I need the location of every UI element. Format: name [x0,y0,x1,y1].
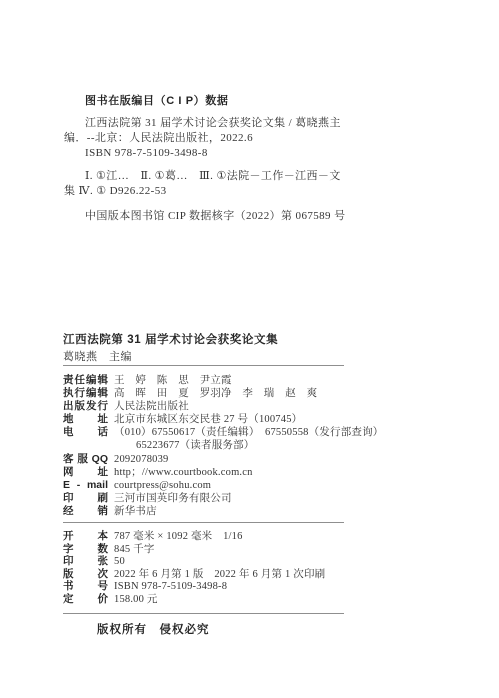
colophon-label: 定 价 [63,593,108,606]
colophon-row-edition: 版 次 2022 年 6 月第 1 版 2022 年 6 月第 1 次印刷 [63,568,325,581]
colophon-value: 158.00 元 [114,594,158,607]
colophon-row-printer: 印 刷 三河市国英印务有限公司 [63,492,384,505]
colophon-value: 北京市东城区东交民巷 27 号（100745） [114,413,302,426]
colophon-row-word-count: 字 数 845 千字 [63,543,325,556]
colophon-label: 地 址 [63,413,108,426]
colophon-row-email: E - mail courtpress@sohu.com [63,479,384,492]
colophon-row-address: 地 址 北京市东城区东交民巷 27 号（100745） [63,413,384,426]
colophon-value: courtpress@sohu.com [114,479,211,492]
colophon-label: 客 服 QQ [63,453,108,466]
colophon-row-sheets: 印 张 50 [63,555,325,568]
colophon-label: 经 销 [63,505,108,518]
colophon-label: 印 张 [63,555,108,568]
colophon-label: 网 址 [63,466,108,479]
colophon-value: 65223677（读者服务部） [114,439,255,452]
colophon-row-responsible-editors: 责任编辑 王 婷 陈 思 尹立霞 [63,374,384,387]
colophon-value: 王 婷 陈 思 尹立霞 [114,374,232,387]
colophon-row-format: 开 本 787 毫米 × 1092 毫米 1/16 [63,530,325,543]
colophon-row-service-qq: 客 服 QQ 2092078039 [63,453,384,466]
copyright-page: 图书在版编目（C I P）数据 江西法院第 31 届学术讨论会获奖论文集 / 葛… [0,0,499,698]
colophon-row-phone: 电 话 （010）67550617（责任编辑） 67550558（发行部查询） [63,426,384,439]
cip-header: 图书在版编目（C I P）数据 [85,92,228,108]
colophon-label: 字 数 [63,543,108,556]
colophon-label: 书 号 [63,580,108,593]
colophon-label: 执行编辑 [63,387,108,400]
colophon-row-phone-continued: 65223677（读者服务部） [63,439,384,452]
colophon-label: 印 刷 [63,492,108,505]
colophon-group-printing: 开 本 787 毫米 × 1092 毫米 1/16 字 数 845 千字 印 张… [63,530,325,605]
cip-isbn-line: ISBN 978-7-5109-3498-8 [64,146,341,161]
colophon-value: ISBN 978-7-5109-3498-8 [114,581,227,594]
colophon-value: 2092078039 [114,453,169,466]
divider-middle [63,522,344,523]
colophon-row-publisher: 出版发行 人民法院出版社 [63,400,384,413]
colophon-value: 2022 年 6 月第 1 版 2022 年 6 月第 1 次印刷 [114,569,325,582]
colophon-label: 责任编辑 [63,374,108,387]
colophon-value: 787 毫米 × 1092 毫米 1/16 [114,531,243,544]
cip-description-line2: 编．--北京：人民法院出版社，2022.6 [64,131,341,146]
colophon-value: 845 千字 [114,544,155,557]
divider-bottom [63,613,344,614]
colophon-value: 人民法院出版社 [114,400,189,413]
colophon-row-distributor: 经 销 新华书店 [63,505,384,518]
colophon-value: （010）67550617（责任编辑） 67550558（发行部查询） [114,426,384,439]
colophon-row-isbn: 书 号 ISBN 978-7-5109-3498-8 [63,580,325,593]
cip-record-number: 中国版本图书馆 CIP 数据核字（2022）第 067589 号 [85,207,346,223]
colophon-label: 版 次 [63,568,108,581]
cip-description-line1: 江西法院第 31 届学术讨论会获奖论文集 / 葛晓燕主 [64,116,341,131]
colophon-label: E - mail [63,479,108,492]
cip-classification-line2: 集 Ⅳ. ① D926.22-53 [64,184,341,199]
colophon-label: 电 话 [63,426,108,439]
colophon-value: http；//www.courtbook.com.cn [114,466,253,479]
book-editor: 葛晓燕 主编 [63,348,132,364]
cip-classification: Ⅰ. ①江… Ⅱ. ①葛… Ⅲ. ①法院－工作－江西－文 集 Ⅳ. ① D926… [64,169,341,199]
colophon-label: 出版发行 [63,400,108,413]
colophon-value: 新华书店 [114,505,157,518]
colophon-group-publishing: 责任编辑 王 婷 陈 思 尹立霞 执行编辑 高 晖 田 夏 罗羽净 李 瑞 赵 … [63,374,384,518]
colophon-value: 高 晖 田 夏 罗羽净 李 瑞 赵 爽 [114,387,317,400]
copyright-notice: 版权所有 侵权必究 [97,621,210,637]
cip-classification-line1: Ⅰ. ①江… Ⅱ. ①葛… Ⅲ. ①法院－工作－江西－文 [64,169,341,184]
colophon-label: 开 本 [63,530,108,543]
colophon-row-executive-editors: 执行编辑 高 晖 田 夏 罗羽净 李 瑞 赵 爽 [63,387,384,400]
divider-top [63,365,344,366]
colophon-value: 50 [114,556,125,569]
colophon-row-price: 定 价 158.00 元 [63,593,325,606]
cip-description: 江西法院第 31 届学术讨论会获奖论文集 / 葛晓燕主 编．--北京：人民法院出… [64,116,341,161]
colophon-row-website: 网 址 http；//www.courtbook.com.cn [63,466,384,479]
colophon-value: 三河市国英印务有限公司 [114,492,232,505]
book-title: 江西法院第 31 届学术讨论会获奖论文集 [63,331,278,347]
